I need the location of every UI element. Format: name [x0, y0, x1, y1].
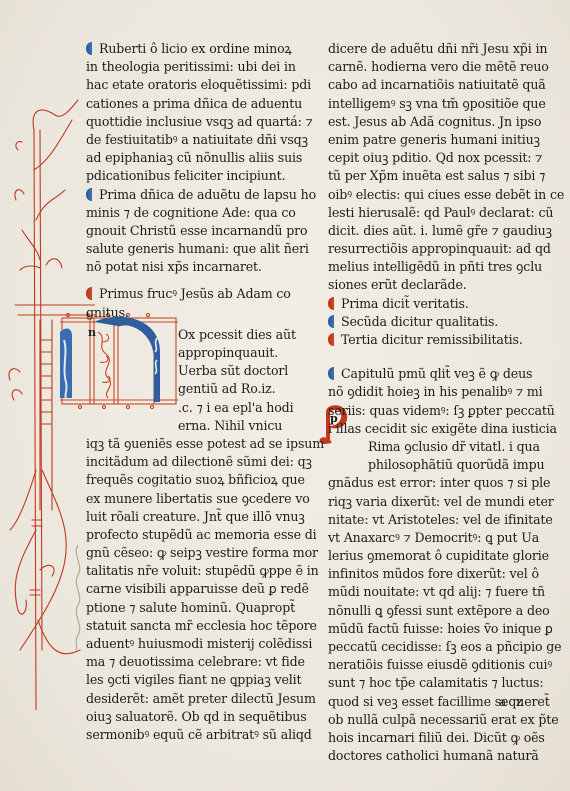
text-line: tũ per Xp̃m inuẽta est salus ⁊ sibi ⁊ — [328, 167, 528, 185]
text-line: minis ⁊ de cognitione Ade: qua co — [86, 204, 311, 222]
text-line: mũdi nouitate: vt qd alij: ⁊ fuere tñ — [328, 583, 528, 601]
text-line: lesti hierusalẽ: qd Paulꝰ declarat: cũ — [328, 204, 528, 222]
sermon-body: iqꝫ tã ꝯueniẽs esse potest ad se ipsum i… — [86, 435, 311, 744]
text-line: philosophãtiũ quorũdã impu — [328, 456, 528, 474]
text-line: quottidie inclusiue vsqꝫ ad quartá: ⁊ — [86, 113, 311, 131]
text-line: ad epiphaniaꝫ cũ nõnullis aliis suis — [86, 149, 311, 167]
text-line: erna. Nihil vnicu — [86, 417, 311, 435]
right-column: dicere de aduẽtu dñi nr̃i Jesu xp̃i in c… — [328, 40, 528, 765]
text-line: nitate: vt Aristoteles: vel de ifinitate — [328, 511, 528, 529]
paragraph-mark-icon — [86, 42, 96, 55]
intro-continuation: dicere de aduẽtu dñi nr̃i Jesu xp̃i in c… — [328, 40, 528, 295]
text-line: gentiũ ad Ro.iz. — [86, 380, 311, 398]
text-line: nõ potat nisi xp̃s incarnaret. — [86, 258, 311, 276]
signature-mark: a z — [499, 695, 525, 709]
paragraph-mark-icon — [328, 367, 338, 380]
text-beside-initial-p: Rima ꝯclusio dr̃ vitatl. i qua philosoph… — [328, 438, 528, 474]
text-line: pdicationibus feliciter incipiunt. — [86, 167, 311, 185]
text-line: Capitulũ pmũ qlit̃ veꝫ ẽ ꝙ deus — [341, 366, 532, 381]
text-line: siones erũt declarãde. — [328, 276, 528, 294]
text-line: les ꝯcti vigiles fiant ne ꝗppiaꝫ velit — [86, 671, 311, 689]
text-line: gnitus. — [86, 304, 311, 322]
text-line: melius intelligẽdũ in pñti tres ꝯclu — [328, 258, 528, 276]
primus-fructus-heading: Primus frucꝰ Jesũs ab Adam co gnitus. — [86, 285, 311, 321]
text-line: ptione ⁊ salute hominũ. Quapropt̃ — [86, 599, 311, 617]
text-line: talitatis nr̃e voluit: stupẽdũ ꝙppe ẽ in — [86, 562, 311, 580]
text-line: quod si veꝫ esset facillime sequeret̃ — [328, 693, 528, 711]
text-line: Prima dñica de aduẽtu de lapsu ho — [99, 187, 316, 202]
paragraph-mark-icon — [328, 315, 338, 328]
text-beside-initial: Ox pcessit dies aũt appropinquauit. Uerb… — [86, 326, 311, 435]
text-line: in theologia peritissimi: ubi dei in — [86, 58, 311, 76]
text-line: cationes a prima dñica de aduentu — [86, 95, 311, 113]
paragraph-mark-icon — [328, 333, 338, 346]
text-line: seriis: quas videmꝰ: ſꝫ ꝑpter peccatũ — [328, 402, 528, 420]
text-line: profecto stupẽdũ ac memoria esse di — [86, 526, 311, 544]
text-line: gnãdus est error: inter quos ⁊ si ple — [328, 474, 528, 492]
text-line: Primus frucꝰ Jesũs ab Adam co — [99, 286, 291, 301]
text-line: sermonibꝰ equũ cẽ arbitratꝰ sũ aliqd — [86, 726, 311, 744]
intro-paragraph: Ruberti ô licio ex ordine minoꝝ in theol… — [86, 40, 311, 186]
text-line: doctores catholici humanã naturã — [328, 747, 528, 765]
text-line: hois incarnari filiũ dei. Dicũt ꝙ oẽs — [328, 729, 528, 747]
text-line: incitãdum ad dilectionẽ sũmi dei: qꝫ — [86, 453, 311, 471]
text-line: carne visibili apparuisse deũ ꝑ redẽ — [86, 580, 311, 598]
text-line: peccatũ cecidisse: ſꝫ eos a pñcipio ge — [328, 638, 528, 656]
rubric-heading: Prima dñica de aduẽtu de lapsu ho minis … — [86, 186, 311, 277]
text-line: ex munere libertatis sue ꝯcedere vo — [86, 490, 311, 508]
text-line: nõ ꝯdidit hoieꝫ in his penalibꝰ ⁊ mi — [328, 383, 528, 401]
text-line: riqꝫ varia dixerũt: vel de mundi eter — [328, 493, 528, 511]
conclusion-item: Prima dicit̃ veritatis. — [328, 295, 528, 313]
text-line: desiderẽt: amẽt preter dilectũ Jesum — [86, 690, 311, 708]
text-line: nõnulli ꝗ ꝯfessi sunt extẽpore a deo — [328, 602, 528, 620]
text-line: dicit. dies aũt. i. lumẽ gr̃e ⁊ gaudiuꝫ — [328, 222, 528, 240]
text-line: est. Jesus ab Adã cognitus. Jn ipso — [328, 113, 528, 131]
text-line: hac etate oratoris eloquẽtissimi: pdi — [86, 76, 311, 94]
paragraph-mark-icon — [328, 297, 338, 310]
text-line: Uerba sũt doctorl — [86, 362, 311, 380]
chapter-heading: Capitulũ pmũ qlit̃ veꝫ ẽ ꝙ deus nõ ꝯdidi… — [328, 365, 528, 438]
conclusions-list: Prima dicit̃ veritatis. Secũda dicitur q… — [328, 295, 528, 350]
text-line: cabo ad incarnatiõis natiuitatẽ quã — [328, 76, 528, 94]
text-line: oibꝰ electis: qui ciues esse debẽt in ce — [328, 186, 528, 204]
text-line: vt Anaxarcꝰ ⁊ Democritꝰ: ꝗ put Ua — [328, 529, 528, 547]
text-line: Rima ꝯclusio dr̃ vitatl. i qua — [328, 438, 528, 456]
text-line: frequẽs cogitatio suoꝝ bñficioꝝ que — [86, 471, 311, 489]
text-line: de festiuitatibꝰ a natiuitate dñi vsqꝫ — [86, 131, 311, 149]
text-line: neratiõis fuisse eiusdẽ ꝯditionis cuiꝰ — [328, 656, 528, 674]
text-line: mũdũ factũ fuisse: hoies ṽo inique ꝑ — [328, 620, 528, 638]
text-line: sunt ⁊ hoc tp̃e calamitatis ⁊ luctus: — [328, 674, 528, 692]
text-line: dicere de aduẽtu dñi nr̃i Jesu xp̃i in — [328, 40, 528, 58]
text-line: infinitos mũdos fore dixerũt: vel ô — [328, 565, 528, 583]
paragraph-mark-icon — [86, 188, 96, 201]
text-line: i illas cecidit sic exigẽte dina iustici… — [328, 420, 528, 438]
text-line: enim patre generis humani initiuꝫ — [328, 131, 528, 149]
text-line: carnẽ. hodierna vero die mẽtẽ reuo — [328, 58, 528, 76]
text-line: ob nullã culpã necessariũ erat ex p̃te — [328, 711, 528, 729]
text-line: oiuꝫ saluatorẽ. Ob qd in sequẽtibus — [86, 708, 311, 726]
text-line: aduentꝰ huiusmodi misterij colẽdissi — [86, 635, 311, 653]
text-line: cepit oiuꝫ pditio. Qd nox pcessit: ⁊ — [328, 149, 528, 167]
text-line: ma ⁊ deuotissima celebrare: vt fide — [86, 653, 311, 671]
text-line: .c. ⁊ i ea epl'a hodi — [86, 399, 311, 417]
text-line: appropinquauit. — [86, 344, 311, 362]
incunabulum-page: n p Ruberti ô licio ex ordine minoꝝ in t… — [0, 0, 570, 791]
chapter-body: gnãdus est error: inter quos ⁊ si ple ri… — [328, 474, 528, 765]
text-line: Ruberti ô licio ex ordine minoꝝ — [99, 41, 292, 56]
conclusion-item: Tertia dicitur remissibilitatis. — [328, 331, 528, 349]
text-line: statuit sancta mr̃ ecclesia hoc tẽpore — [86, 617, 311, 635]
text-line: resurrectiõis appropinquauit: ad qd — [328, 240, 528, 258]
text-line: iqꝫ tã ꝯueniẽs esse potest ad se ipsum — [86, 435, 311, 453]
conclusion-item: Secũda dicitur qualitatis. — [328, 313, 528, 331]
text-line: Ox pcessit dies aũt — [86, 326, 311, 344]
text-line: salute generis humani: que alit ñeri — [86, 240, 311, 258]
text-line: luit rõali creature. Jnt̃ que illõ vnuꝫ — [86, 508, 311, 526]
text-line: gnouit Christũ esse incarnandũ pro — [86, 222, 311, 240]
text-line: gnũ cẽseo: ꝙ seipꝫ vestire forma mor — [86, 544, 311, 562]
text-line: intelligemꝰ sꝫ vna tm̃ ꝯpositiõe que — [328, 95, 528, 113]
text-line: lerius ꝯmemorat ô cupiditate glorie — [328, 547, 528, 565]
left-column: Ruberti ô licio ex ordine minoꝝ in theol… — [86, 40, 311, 744]
paragraph-mark-icon — [86, 287, 96, 300]
